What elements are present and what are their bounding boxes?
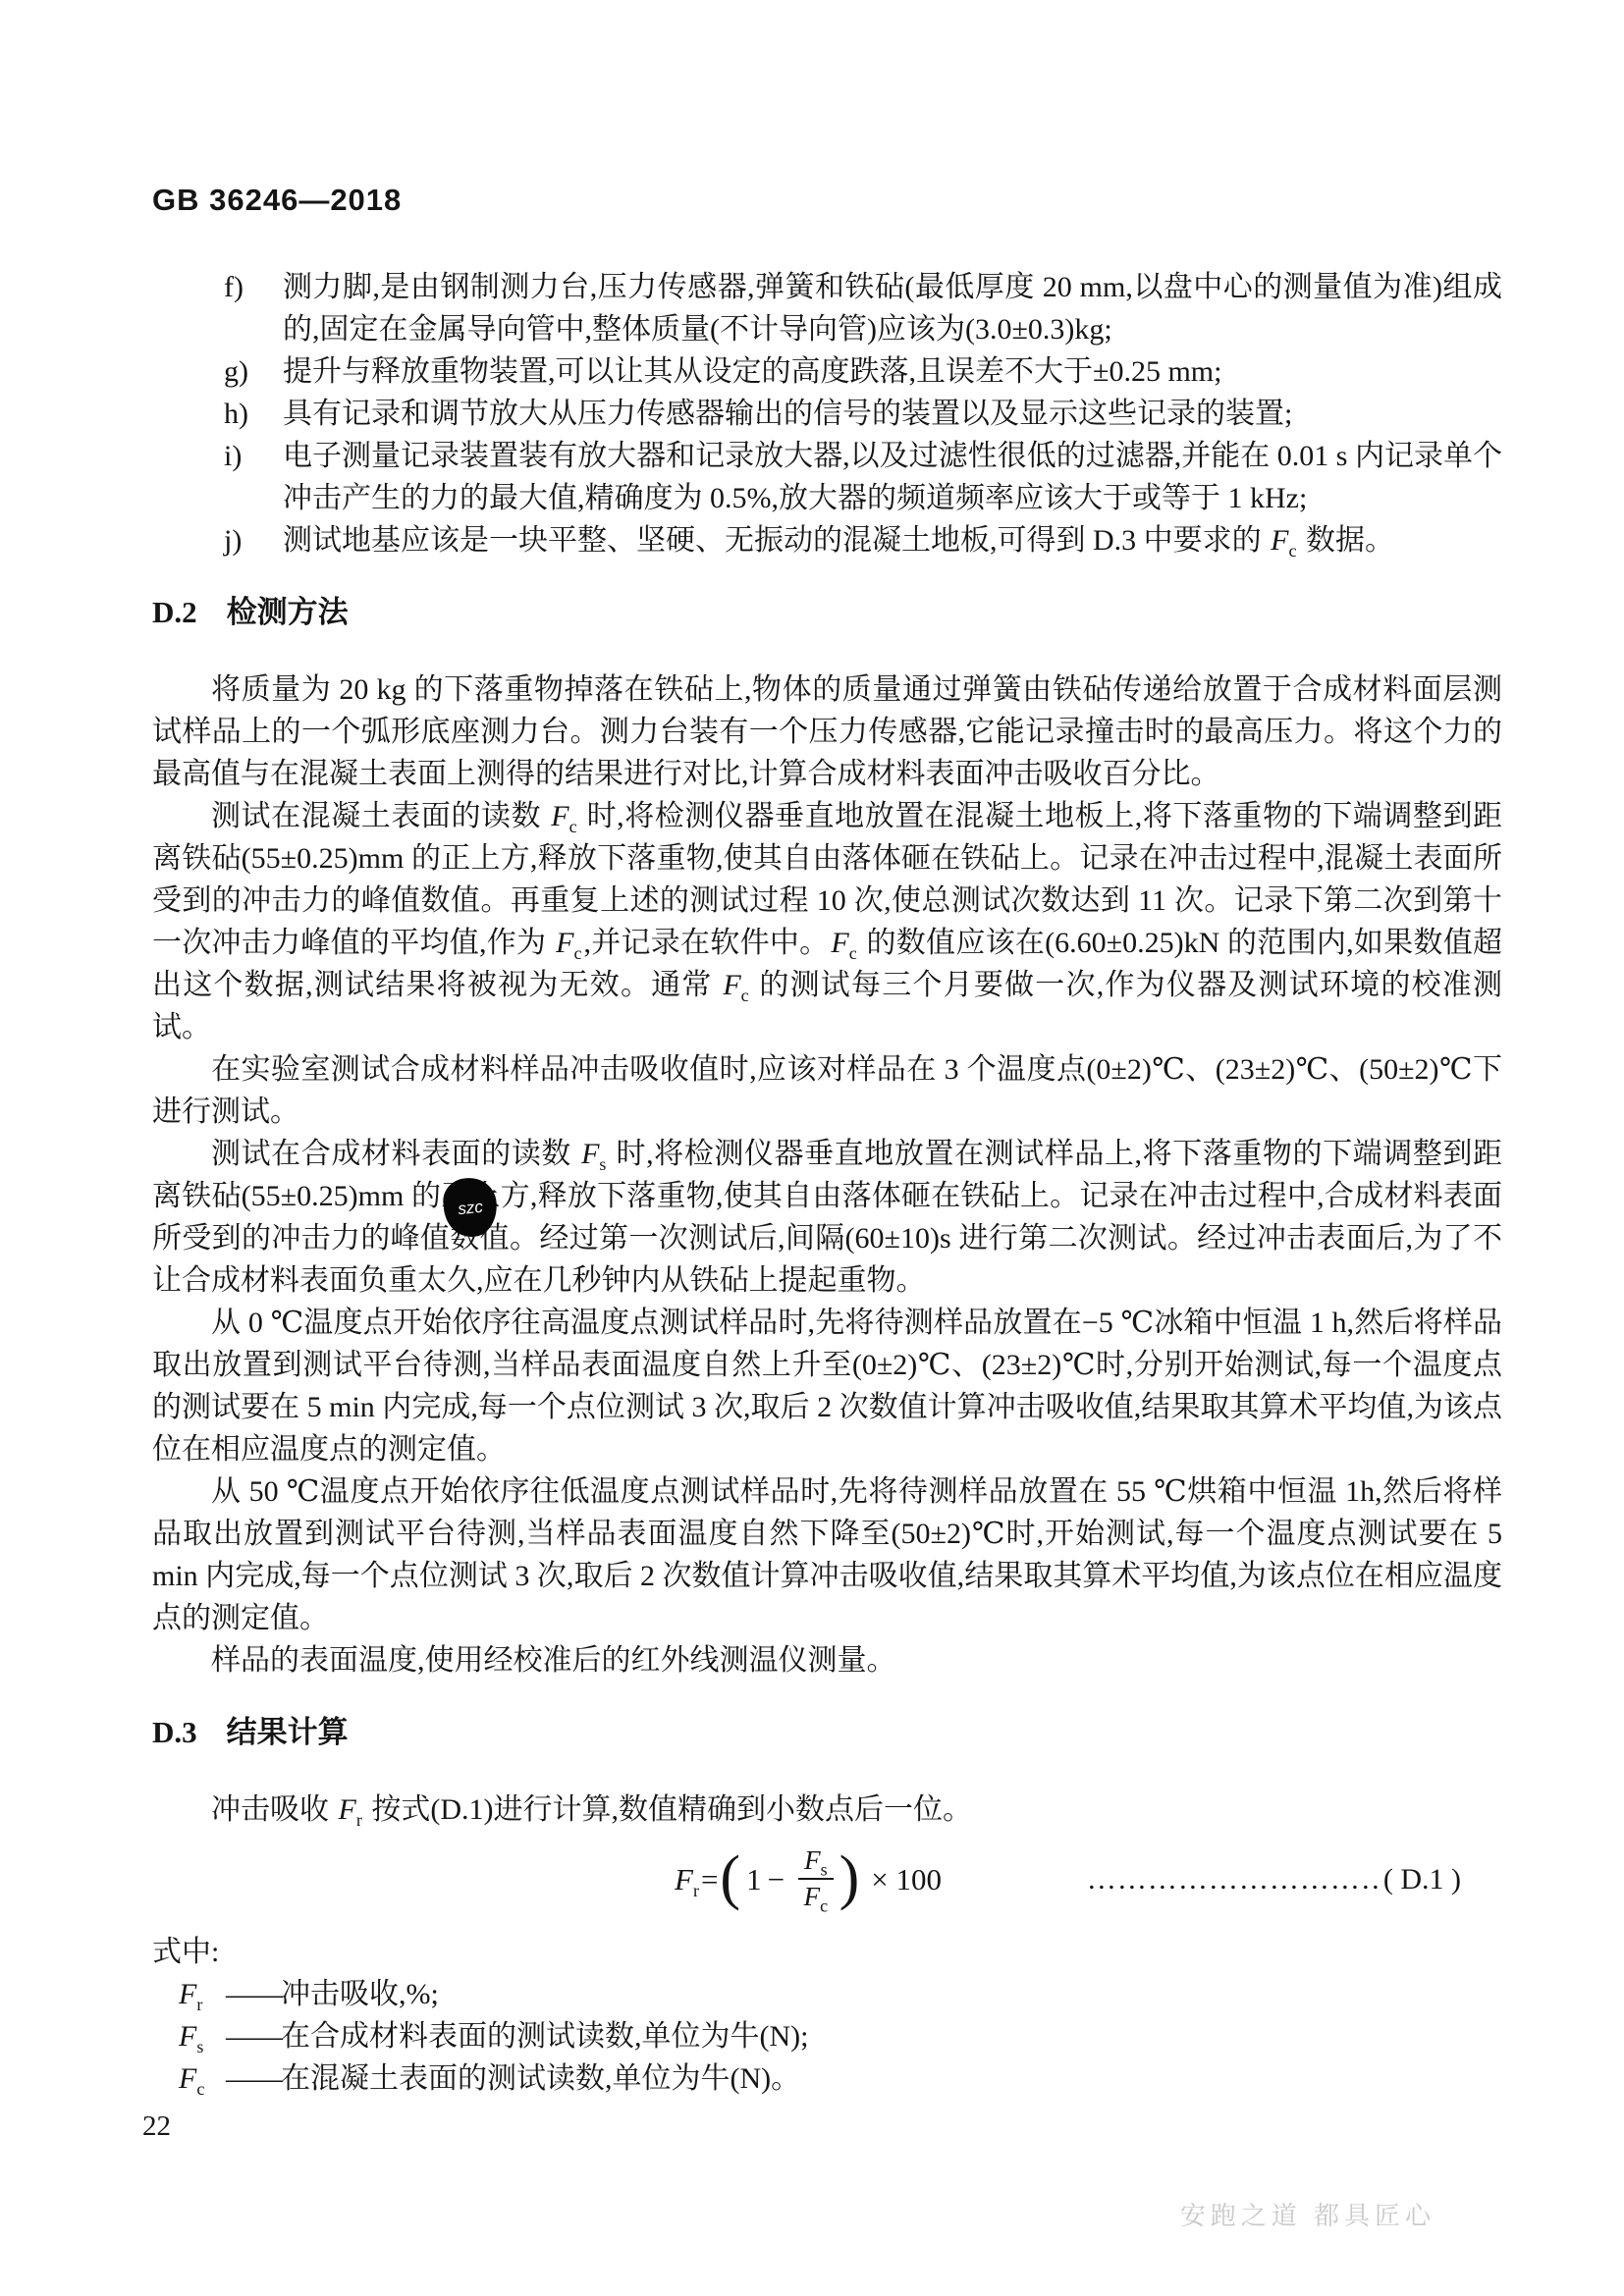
ink-stamp-text: szc bbox=[456, 1185, 485, 1229]
standard-number-header: GB 36246—2018 bbox=[152, 179, 1502, 221]
where-label: 式中: bbox=[152, 1931, 1502, 1973]
definition-variable: Fr bbox=[177, 1973, 226, 2015]
definition-dash: —— bbox=[226, 1973, 281, 2015]
list-item-text: 电子测量记录装置装有放大器和记录放大器,以及过滤性很低的过滤器,并能在 0.01… bbox=[283, 435, 1502, 519]
list-item-marker: j) bbox=[224, 519, 283, 561]
body-paragraph: 测试在混凝土表面的读数 Fc 时,将检测仪器垂直地放置在混凝土地板上,将下落重物… bbox=[152, 795, 1502, 1048]
body-paragraph: 将质量为 20 kg 的下落重物掉落在铁砧上,物体的质量通过弹簧由铁砧传递给放置… bbox=[152, 668, 1502, 795]
page-number: 22 bbox=[142, 2106, 171, 2148]
body-paragraph: 测试在合成材料表面的读数 Fs 时,将检测仪器垂直地放置在测试样品上,将下落重物… bbox=[152, 1133, 1502, 1302]
section-number: D.2 bbox=[152, 595, 197, 629]
document-page: GB 36246—2018 f) 测力脚,是由钢制测力台,压力传感器,弹簧和铁砧… bbox=[0, 0, 1624, 2296]
list-item-marker: g) bbox=[224, 350, 283, 393]
definition-variable: Fc bbox=[177, 2057, 226, 2100]
page-content: GB 36246—2018 f) 测力脚,是由钢制测力台,压力传感器,弹簧和铁砧… bbox=[0, 0, 1624, 2100]
close-paren: ) bbox=[839, 1851, 860, 1906]
section-title: 结果计算 bbox=[227, 1715, 349, 1749]
equation-label: ( D.1 ) bbox=[1383, 1858, 1461, 1900]
list-item-marker: h) bbox=[224, 393, 283, 435]
formula-math: Fr = ( 1 − Fs Fc ) × 100 bbox=[673, 1845, 942, 1912]
list-item: i) 电子测量记录装置装有放大器和记录放大器,以及过滤性很低的过滤器,并能在 0… bbox=[152, 435, 1502, 519]
section-heading-d2: D.2检测方法 bbox=[152, 591, 1502, 633]
definition-dash: —— bbox=[226, 2057, 281, 2100]
section-heading-d3: D.3结果计算 bbox=[152, 1711, 1502, 1753]
formula-d1: Fr = ( 1 − Fs Fc ) × 100 …………………………………… … bbox=[152, 1837, 1502, 1921]
definition-row: Fr —— 冲击吸收,%; bbox=[152, 1973, 1502, 2015]
definition-description: 冲击吸收,%; bbox=[281, 1973, 439, 2015]
list-item-marker: f) bbox=[224, 266, 283, 350]
body-paragraph: 从 0 ℃温度点开始依序往高温度点测试样品时,先将待测样品放置在−5 ℃冰箱中恒… bbox=[152, 1302, 1502, 1470]
definition-description: 在混凝土表面的测试读数,单位为牛(N)。 bbox=[281, 2057, 800, 2100]
fraction-denominator: Fc bbox=[802, 1880, 831, 1912]
list-item-text: 测力脚,是由钢制测力台,压力传感器,弹簧和铁砧(最低厚度 20 mm,以盘中心的… bbox=[283, 266, 1502, 350]
formula-one: 1 bbox=[746, 1864, 762, 1895]
minus-sign: − bbox=[768, 1864, 785, 1895]
list-item: j) 测试地基应该是一块平整、坚硬、无振动的混凝土地板,可得到 D.3 中要求的… bbox=[152, 519, 1502, 561]
list-item-marker: i) bbox=[224, 435, 283, 519]
definition-row: Fs —— 在合成材料表面的测试读数,单位为牛(N); bbox=[152, 2015, 1502, 2057]
definition-dash: —— bbox=[226, 2015, 281, 2057]
list-item: f) 测力脚,是由钢制测力台,压力传感器,弹簧和铁砧(最低厚度 20 mm,以盘… bbox=[152, 266, 1502, 350]
body-paragraph: 在实验室测试合成材料样品冲击吸收值时,应该对样品在 3 个温度点(0±2)℃、(… bbox=[152, 1048, 1502, 1133]
body-paragraph: 冲击吸收 Fr 按式(D.1)进行计算,数值精确到小数点后一位。 bbox=[152, 1789, 1502, 1831]
body-paragraph: 样品的表面温度,使用经校准后的红外线测温仪测量。 bbox=[152, 1639, 1502, 1682]
open-paren: ( bbox=[720, 1851, 740, 1906]
definition-variable: Fs bbox=[177, 2015, 226, 2057]
list-item-text: 测试地基应该是一块平整、坚硬、无振动的混凝土地板,可得到 D.3 中要求的 Fc… bbox=[283, 519, 1502, 561]
list-item-text: 具有记录和调节放大从压力传感器输出的信号的装置以及显示这些记录的装置; bbox=[283, 393, 1502, 435]
d3-paragraphs: 冲击吸收 Fr 按式(D.1)进行计算,数值精确到小数点后一位。 bbox=[152, 1789, 1502, 1831]
list-item-text: 提升与释放重物装置,可以让其从设定的高度跌落,且误差不大于±0.25 mm; bbox=[283, 350, 1502, 393]
section-title: 检测方法 bbox=[227, 595, 349, 629]
fraction-numerator: Fs bbox=[798, 1845, 834, 1880]
equals-sign: = bbox=[701, 1864, 718, 1895]
fraction: Fs Fc bbox=[798, 1845, 834, 1912]
body-paragraph: 从 50 ℃温度点开始依序往低温度点测试样品时,先将待测样品放置在 55 ℃烘箱… bbox=[152, 1470, 1502, 1639]
apparatus-list: f) 测力脚,是由钢制测力台,压力传感器,弹簧和铁砧(最低厚度 20 mm,以盘… bbox=[152, 266, 1502, 561]
definition-row: Fc —— 在混凝土表面的测试读数,单位为牛(N)。 bbox=[152, 2057, 1502, 2100]
watermark-text: 安跑之道 都具匠心 bbox=[1180, 2195, 1435, 2237]
variable-definitions: Fr —— 冲击吸收,%; Fs —— 在合成材料表面的测试读数,单位为牛(N)… bbox=[152, 1973, 1502, 2100]
d2-paragraphs: 将质量为 20 kg 的下落重物掉落在铁砧上,物体的质量通过弹簧由铁砧传递给放置… bbox=[152, 668, 1502, 1682]
definition-description: 在合成材料表面的测试读数,单位为牛(N); bbox=[281, 2015, 808, 2057]
section-number: D.3 bbox=[152, 1715, 197, 1749]
list-item: h) 具有记录和调节放大从压力传感器输出的信号的装置以及显示这些记录的装置; bbox=[152, 393, 1502, 435]
formula-lhs-variable: Fr bbox=[673, 1864, 701, 1895]
times-factor: × 100 bbox=[871, 1864, 942, 1895]
dotted-leader: …………………………………… bbox=[1087, 1858, 1380, 1900]
list-item: g) 提升与释放重物装置,可以让其从设定的高度跌落,且误差不大于±0.25 mm… bbox=[152, 350, 1502, 393]
